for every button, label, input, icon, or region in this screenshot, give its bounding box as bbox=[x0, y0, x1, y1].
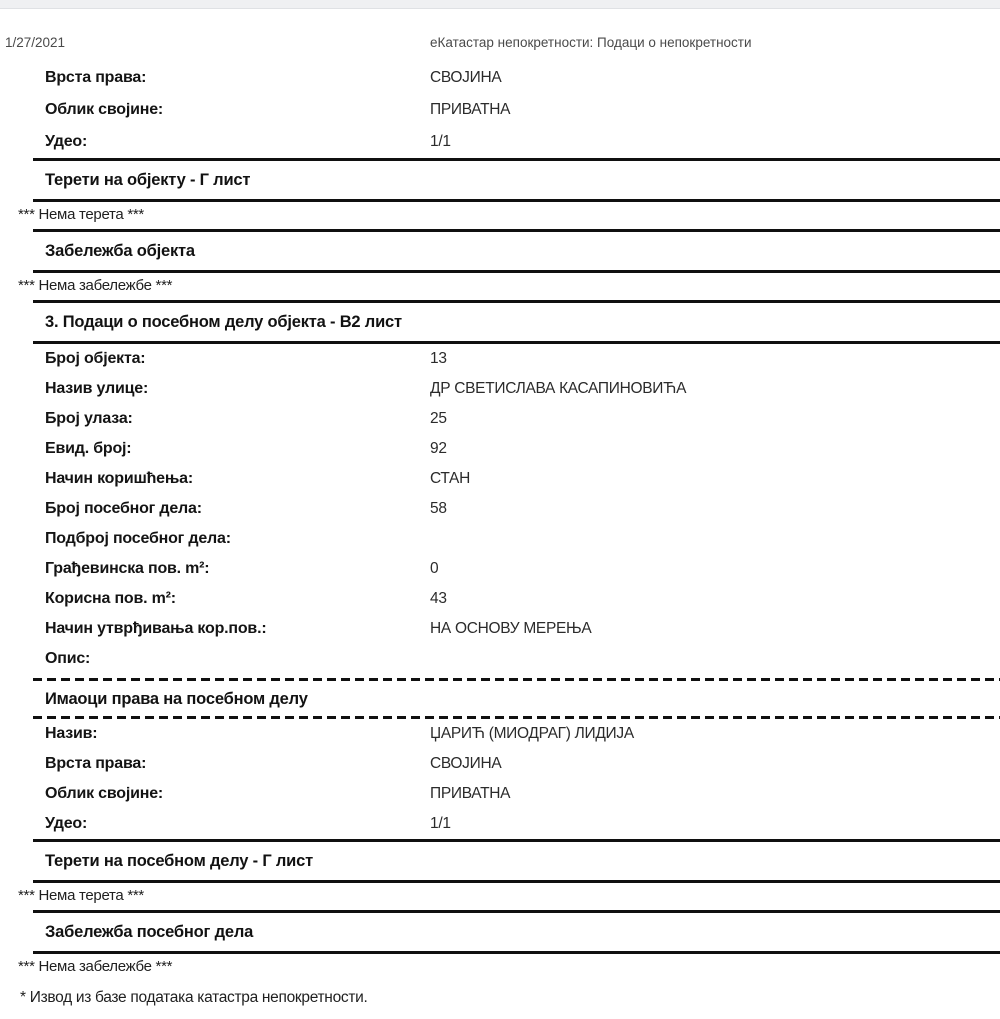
section-title-imaoci: Имаоци права на посебном делу bbox=[0, 681, 1000, 716]
field-label: Корисна пов. m²: bbox=[45, 590, 176, 608]
field-label: Врста права: bbox=[45, 755, 146, 773]
field-label: Удео: bbox=[45, 133, 87, 151]
field-value: 13 bbox=[430, 350, 447, 368]
field-label: Опис: bbox=[45, 650, 90, 668]
field-value: ПРИВАТНА bbox=[430, 785, 510, 803]
data-row: Евид. број: 92 bbox=[0, 434, 1000, 464]
print-date: 1/27/2021 bbox=[5, 35, 65, 50]
field-value: СВОЈИНА bbox=[430, 755, 501, 773]
field-value: 92 bbox=[430, 440, 447, 458]
data-row: Грађевинска пов. m²: 0 bbox=[0, 554, 1000, 584]
section-title-tereti-objekat: Терети на објекту - Г лист bbox=[0, 161, 1000, 199]
data-row: Начин утврђивања кор.пов.: НА ОСНОВУ МЕР… bbox=[0, 614, 1000, 644]
property-rights-rows: Врста права: СВОЈИНА Облик својине: ПРИВ… bbox=[0, 62, 1000, 158]
field-value: 1/1 bbox=[430, 133, 451, 151]
section-title-tereti-poseban: Терети на посебном делу - Г лист bbox=[0, 842, 1000, 880]
data-row: Удео: 1/1 bbox=[0, 126, 1000, 158]
document-header: 1/27/2021 еКатастар непокретности: Подац… bbox=[0, 35, 1000, 52]
section-title-zabelezba-poseban: Забележба посебног дела bbox=[0, 913, 1000, 951]
field-label: Облик својине: bbox=[45, 785, 163, 803]
data-row: Облик својине: ПРИВАТНА bbox=[0, 779, 1000, 809]
field-label: Број улаза: bbox=[45, 410, 133, 428]
field-value: 0 bbox=[430, 560, 438, 578]
field-label: Начин утврђивања кор.пов.: bbox=[45, 620, 266, 638]
field-label: Врста права: bbox=[45, 69, 146, 87]
field-label: Грађевинска пов. m²: bbox=[45, 560, 209, 578]
data-row: Облик својине: ПРИВАТНА bbox=[0, 94, 1000, 126]
field-value: 43 bbox=[430, 590, 447, 608]
field-value: 58 bbox=[430, 500, 447, 518]
data-row: Опис: bbox=[0, 644, 1000, 674]
field-label: Подброј посебног дела: bbox=[45, 530, 231, 548]
field-label: Број објекта: bbox=[45, 350, 145, 368]
data-row: Број посебног дела: 58 bbox=[0, 494, 1000, 524]
field-label: Назив: bbox=[45, 725, 97, 743]
data-row: Број објекта: 13 bbox=[0, 344, 1000, 374]
data-row: Начин коришћења: СТАН bbox=[0, 464, 1000, 494]
field-value: ПРИВАТНА bbox=[430, 101, 510, 119]
field-label: Број посебног дела: bbox=[45, 500, 202, 518]
section-title-zabelezba-objekta: Забележба објекта bbox=[0, 232, 1000, 270]
data-row: Корисна пов. m²: 43 bbox=[0, 584, 1000, 614]
data-row: Врста права: СВОЈИНА bbox=[0, 62, 1000, 94]
field-label: Евид. број: bbox=[45, 440, 131, 458]
empty-note-tereti-objekat: *** Нема терета *** bbox=[0, 202, 1000, 229]
empty-note-zabelezba-poseban: *** Нема забележбе *** bbox=[0, 954, 1000, 981]
browser-top-strip bbox=[0, 0, 1000, 9]
data-row: Назив: ЏАРИЋ (МИОДРАГ) ЛИДИЈА bbox=[0, 719, 1000, 749]
field-value: НА ОСНОВУ МЕРЕЊА bbox=[430, 620, 591, 638]
data-row: Назив улице: ДР СВЕТИСЛАВА КАСАПИНОВИЋА bbox=[0, 374, 1000, 404]
field-value: СТАН bbox=[430, 470, 470, 488]
field-label: Облик својине: bbox=[45, 101, 163, 119]
data-row: Број улаза: 25 bbox=[0, 404, 1000, 434]
field-label: Удео: bbox=[45, 815, 87, 833]
document-page: 1/27/2021 еКатастар непокретности: Подац… bbox=[0, 0, 1000, 1019]
page-title: еКатастар непокретности: Подаци о непокр… bbox=[430, 35, 752, 50]
field-value: ЏАРИЋ (МИОДРАГ) ЛИДИЈА bbox=[430, 725, 634, 743]
data-row: Подброј посебног дела: bbox=[0, 524, 1000, 554]
field-value: 1/1 bbox=[430, 815, 451, 833]
field-label: Начин коришћења: bbox=[45, 470, 193, 488]
imaoci-rows: Назив: ЏАРИЋ (МИОДРАГ) ЛИДИЈА Врста прав… bbox=[0, 719, 1000, 839]
section-title-posebni-deo: 3. Подаци о посебном делу објекта - В2 л… bbox=[0, 303, 1000, 341]
field-value: ДР СВЕТИСЛАВА КАСАПИНОВИЋА bbox=[430, 380, 686, 398]
field-value: 25 bbox=[430, 410, 447, 428]
empty-note-zabelezba-objekta: *** Нема забележбе *** bbox=[0, 273, 1000, 300]
empty-note-tereti-poseban: *** Нема терета *** bbox=[0, 883, 1000, 910]
posebni-deo-rows: Број објекта: 13 Назив улице: ДР СВЕТИСЛ… bbox=[0, 344, 1000, 674]
footnote: * Извод из базе података катастра непокр… bbox=[0, 981, 1000, 1007]
data-row: Удео: 1/1 bbox=[0, 809, 1000, 839]
data-row: Врста права: СВОЈИНА bbox=[0, 749, 1000, 779]
field-label: Назив улице: bbox=[45, 380, 148, 398]
field-value: СВОЈИНА bbox=[430, 69, 501, 87]
